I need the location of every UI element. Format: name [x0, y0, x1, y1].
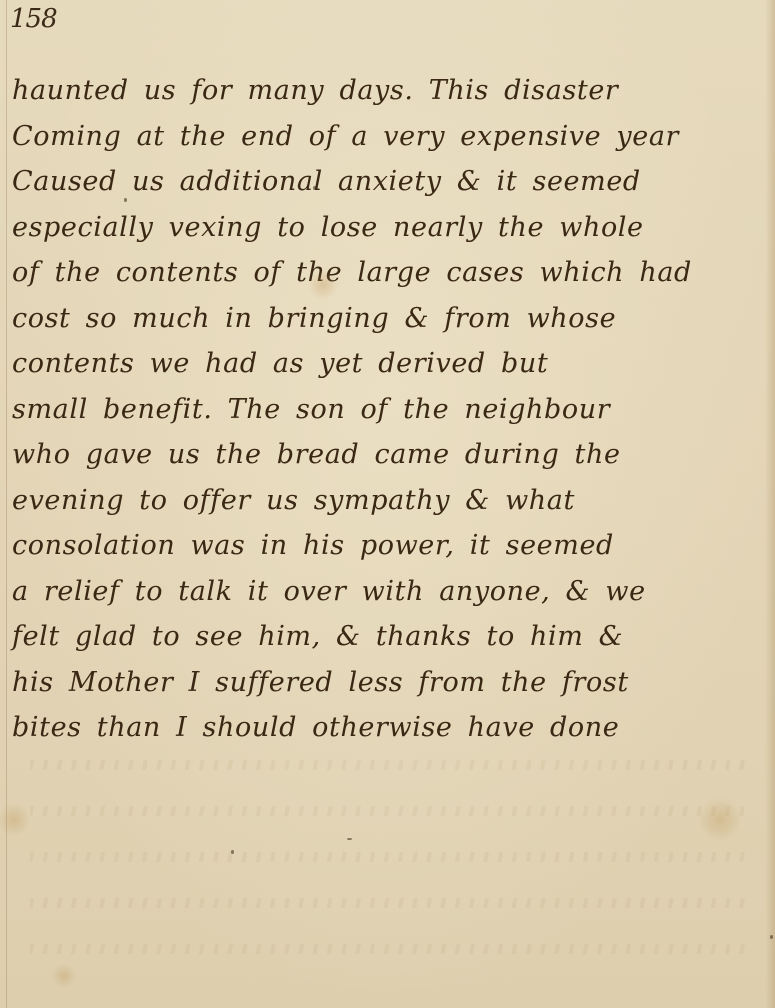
page-number: 158	[10, 4, 57, 34]
text-line: felt glad to see him, & thanks to him &	[12, 614, 772, 660]
handwritten-text-block: haunted us for many days. This disaster …	[12, 68, 772, 751]
foxing-stain	[700, 795, 740, 845]
bleed-through	[30, 852, 745, 862]
text-line: haunted us for many days. This disaster	[12, 68, 772, 114]
ink-speck	[231, 850, 234, 854]
text-line: Coming at the end of a very expensive ye…	[12, 114, 772, 160]
text-line: small benefit. The son of the neighbour	[12, 387, 772, 433]
text-line: consolation was in his power, it seemed	[12, 523, 772, 569]
ink-speck	[313, 186, 316, 190]
text-line: his Mother I suffered less from the fros…	[12, 660, 772, 706]
manuscript-page: 158 haunted us for many days. This disas…	[0, 0, 775, 1008]
bleed-through	[30, 760, 745, 770]
foxing-stain	[52, 962, 76, 990]
foxing-stain	[0, 800, 28, 840]
bleed-through	[30, 898, 745, 908]
bleed-through	[30, 806, 745, 816]
ink-speck	[770, 935, 773, 939]
text-line: cost so much in bringing & from whose	[12, 296, 772, 342]
text-line: evening to offer us sympathy & what	[12, 478, 772, 524]
text-line: especially vexing to lose nearly the who…	[12, 205, 772, 251]
text-line: bites than I should otherwise have done	[12, 705, 772, 751]
text-line: contents we had as yet derived but	[12, 341, 772, 387]
foxing-stain	[308, 270, 338, 300]
binding-edge	[6, 0, 7, 1008]
text-line: who gave us the bread came during the	[12, 432, 772, 478]
bleed-through	[30, 944, 745, 954]
text-line: of the contents of the large cases which…	[12, 250, 772, 296]
ink-speck	[347, 838, 352, 840]
ink-speck	[124, 198, 127, 202]
text-line: a relief to talk it over with anyone, & …	[12, 569, 772, 615]
